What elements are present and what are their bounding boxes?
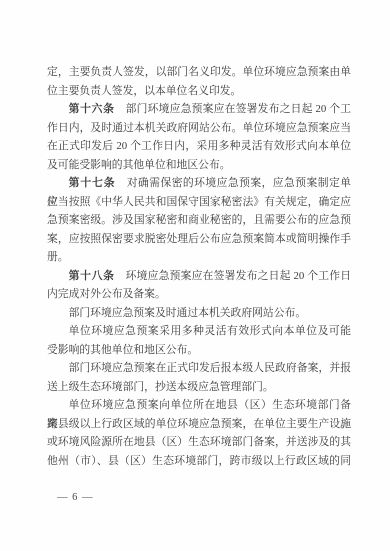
article-term: 第十七条 <box>69 177 116 189</box>
article-term: 第十六条 <box>69 103 115 115</box>
text-line: 受影响的其他单位和地区公布。 <box>47 341 351 360</box>
text-line-article-18: 第十八条 环境应急预案应在签署发布之日起 20 个工作日 <box>47 267 351 286</box>
line-text: 受影响的其他单位和地区公布。 <box>47 344 198 356</box>
line-text: 急预案密级。涉及国家秘密和商业秘密的，且需要公布的应急预 <box>47 214 351 226</box>
text-line: 册。 <box>47 248 351 267</box>
text-line: 应当按照《中华人民共和国保守国家秘密法》有关规定，确定应 <box>47 193 351 212</box>
line-text: 应当按照《中华人民共和国保守国家秘密法》有关规定，确定应 <box>47 196 351 208</box>
line-text: 单位环境应急预案采用多种灵活有效形式向本单位及可能 <box>69 325 351 337</box>
text-line: 单位环境应急预案采用多种灵活有效形式向本单位及可能 <box>47 322 351 341</box>
line-text: 环境应急预案应在签署发布之日起 20 个工作日 <box>115 270 351 282</box>
text-line: 作日内，及时通过本机关政府网站公布。单位环境应急预案应当 <box>47 119 351 138</box>
line-text: 部门环境应急预案及时通过本机关政府网站公布。 <box>69 307 307 319</box>
line-text: 案，应按照保密要求脱密处理后公布应急预案简本或简明操作手 <box>47 233 351 245</box>
text-line-article-16: 第十六条 部门环境应急预案应在签署发布之日起 20 个工 <box>47 100 351 119</box>
text-line: 跨县级以上行政区域的单位环境应急预案，在单位主要生产设施 <box>47 415 351 434</box>
text-line: 内完成对外公布及备案。 <box>47 285 351 304</box>
text-line: 及可能受影响的其他单位和地区公布。 <box>47 156 351 175</box>
text-line: 单位环境应急预案向单位所在地县（区）生态环境部门备案。 <box>47 396 351 415</box>
text-line: 或环境风险源所在地县（区）生态环境部门备案，并送涉及的其 <box>47 433 351 452</box>
text-line: 送上级生态环境部门，抄送本级应急管理部门。 <box>47 378 351 397</box>
line-text: 册。 <box>47 251 69 263</box>
line-text: 位主要负责人签发，以本单位名义印发。 <box>47 85 241 97</box>
text-line: 急预案密级。涉及国家秘密和商业秘密的，且需要公布的应急预 <box>47 211 351 230</box>
document-body: 定，主要负责人签发，以部门名义印发。单位环境应急预案由单 位主要负责人签发，以本… <box>47 63 351 470</box>
text-line: 定，主要负责人签发，以部门名义印发。单位环境应急预案由单 <box>47 63 351 82</box>
line-text: 在正式印发后 20 个工作日内，采用多种灵活有效形式向本单位 <box>47 140 351 152</box>
line-text: 跨县级以上行政区域的单位环境应急预案，在单位主要生产设施 <box>47 418 351 430</box>
line-text: 送上级生态环境部门，抄送本级应急管理部门。 <box>47 381 274 393</box>
text-line: 部门环境应急预案在正式印发后报本级人民政府备案，并报 <box>47 359 351 378</box>
text-line: 案，应按照保密要求脱密处理后公布应急预案简本或简明操作手 <box>47 230 351 249</box>
page-number: — 6 — <box>57 492 94 503</box>
line-text: 部门环境应急预案应在签署发布之日起 20 个工 <box>115 103 351 115</box>
text-line: 他州（市）、县（区）生态环境部门，跨市级以上行政区域的同 <box>47 452 351 471</box>
document-page: 定，主要负责人签发，以部门名义印发。单位环境应急预案由单 位主要负责人签发，以本… <box>0 0 390 551</box>
line-text: 定，主要负责人签发，以部门名义印发。单位环境应急预案由单 <box>47 66 351 78</box>
article-term: 第十八条 <box>69 270 115 282</box>
line-text: 或环境风险源所在地县（区）生态环境部门备案，并送涉及的其 <box>47 436 351 448</box>
line-text: 部门环境应急预案在正式印发后报本级人民政府备案，并报 <box>69 362 351 374</box>
line-text: 他州（市）、县（区）生态环境部门，跨市级以上行政区域的同 <box>47 455 351 467</box>
text-line: 在正式印发后 20 个工作日内，采用多种灵活有效形式向本单位 <box>47 137 351 156</box>
text-line: 部门环境应急预案及时通过本机关政府网站公布。 <box>47 304 351 323</box>
text-line: 位主要负责人签发，以本单位名义印发。 <box>47 82 351 101</box>
line-text: 作日内，及时通过本机关政府网站公布。单位环境应急预案应当 <box>47 122 351 134</box>
text-line-article-17: 第十七条 对确需保密的环境应急预案，应急预案制定单位 <box>47 174 351 193</box>
line-text: 内完成对外公布及备案。 <box>47 288 166 300</box>
line-text: 及可能受影响的其他单位和地区公布。 <box>47 159 231 171</box>
